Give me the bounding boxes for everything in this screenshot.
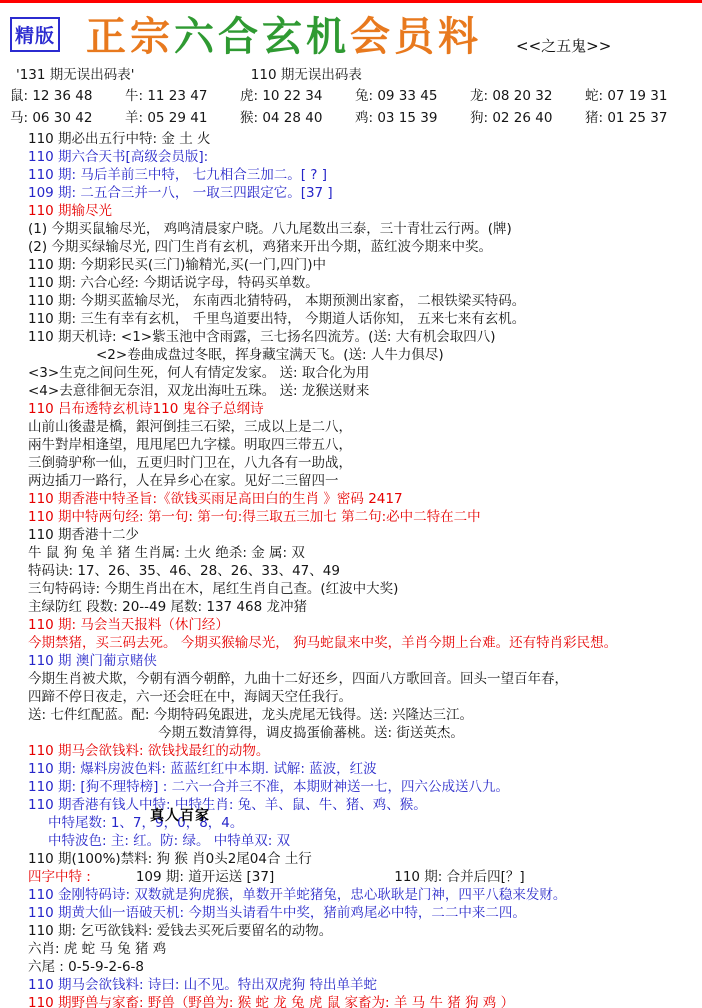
text-line: 110 期: 乞丐欲钱料: 爱钱去买死后要留名的动物。 <box>0 922 702 940</box>
text-line: 两边插刀一路行，人在异乡心在家。见好二三留四一 <box>0 472 702 490</box>
code-table-row: 鼠: 12 36 48牛: 11 23 47虎: 10 22 34兔: 09 3… <box>10 85 702 107</box>
text-segment: 送: 七件红配蓝。配: 今期特码兔跟进，龙头虎尾无钱得。送: 兴隆达三江。 <box>28 707 473 723</box>
text-line: 三倒骑驴称一仙，五更归时门卫在，八九各有一助战， <box>0 454 702 472</box>
text-segment: 三倒骑驴称一仙，五更归时门卫在， <box>28 455 244 471</box>
text-line: 109 期: 二五合三并一八， 一取三四跟定它。[37 ] <box>0 184 702 202</box>
text-segment: 两边插刀一路行，人在异乡心在家。 <box>28 473 244 489</box>
text-line: 六肖: 虎 蛇 马 兔 猪 鸡 <box>0 940 702 958</box>
title-segment: 会员料 <box>350 13 482 60</box>
text-segment: 110 期: 今期买蓝输尽光， 东南西北猜特码， 本期预测出家畜， 二根铁梁买特… <box>28 293 525 309</box>
zodiac-cell: 鸡: 03 15 39 <box>355 107 470 129</box>
watermark-text: 真人百家 <box>150 807 210 825</box>
text-line: 110 期: 马会当天报料（休门经） <box>0 616 702 634</box>
text-line: (2) 今期买绿输尽光, 四门生肖有玄机，鸡猪来开出今期，蓝红波今期来中奖。 <box>0 238 702 256</box>
text-segment: 特码诀: 17、26、35、46、28、26、33、47、49 <box>28 563 340 579</box>
text-segment: 110 鬼谷子总纲诗 <box>153 401 264 417</box>
zodiac-cell: 虎: 10 22 34 <box>240 85 355 107</box>
text-segment: 今期禁猪，买三码去死。 今期买猴输尽光， 狗马蛇鼠来中奖，羊肖今期上台难。还有特… <box>28 635 617 651</box>
text-line: 110 期: 今期买蓝输尽光， 东南西北猜特码， 本期预测出家畜， 二根铁梁买特… <box>0 292 702 310</box>
text-segment: 四蹄不停日夜走，六一还会旺在中，海阔天空任我行。 <box>28 689 352 705</box>
code-table-caption-left: '131 期无误出码表' <box>16 67 134 83</box>
text-line: 主绿防红 段数: 20--49 尾数: 137 468 龙冲猪 <box>0 598 702 616</box>
text-segment: <4>去意徘徊无奈泪，双龙出海吐五珠。 送: 龙猴送财来 <box>28 383 369 399</box>
text-segment: 110 期: 马后羊前三中特， 七九相合三加二。[ ? ] <box>28 167 327 183</box>
text-line: 110 期输尽光 <box>0 202 702 220</box>
text-segment: 110 期: 合并后四[？] <box>394 869 524 885</box>
text-line: 110 期中特两句经: 第一句: 第一句:得三取五三加七 第二句:必中二特在二中 <box>0 508 702 526</box>
text-segment: 牛 鼠 狗 兔 羊 猪 生肖属: 土火 绝杀: 金 属: 双 <box>28 545 305 561</box>
text-segment: 110 期: 马会当天报料（休门经） <box>28 617 229 633</box>
text-line: 兩牛對岸相逢望，甩甩尾巴九字樣。明取四三带五八， <box>0 436 702 454</box>
text-segment: 110 期中特两句经: 第一句: 第一句:得三取五三加七 第二句:必中二特在二中 <box>28 509 481 525</box>
zodiac-cell: 猪: 01 25 37 <box>585 107 700 129</box>
code-table-captions: '131 期无误出码表' 110 期无误出码表 <box>0 65 702 85</box>
text-line: 110 期天机诗: <1>紫玉池中含雨露，三七扬名四流芳。(送: 大有机会取四八… <box>0 328 702 346</box>
text-line: 110 期必出五行中特: 金 土 火 <box>0 130 702 148</box>
zodiac-cell: 牛: 11 23 47 <box>125 85 240 107</box>
text-segment: 110 期: 乞丐欲钱料: 爱钱去买死后要留名的动物。 <box>28 923 332 939</box>
title-segment: 正宗 <box>86 13 174 60</box>
text-line: 今期五数清算得，调皮捣蛋偷蕃桃。送: 街送英杰。 <box>0 724 702 742</box>
text-line: 110 期: 今期彩民买(三门)输精光,买(一门,四门)中 <box>0 256 702 274</box>
text-segment: 110 期: 今期彩民买(三门)输精光,买(一门,四门)中 <box>28 257 326 273</box>
text-segment: 明取四三带五八， <box>244 437 352 453</box>
code-table-caption-right: 110 期无误出码表 <box>251 67 362 83</box>
text-segment: 六尾 : 0-5-9-2-6-8 <box>28 959 144 975</box>
text-line: 110 期马会欲钱料: 诗曰: 山不见。特出双虎狗 特出单羊蛇 <box>0 976 702 994</box>
text-line: 送: 七件红配蓝。配: 今期特码兔跟进，龙头虎尾无钱得。送: 兴隆达三江。 <box>0 706 702 724</box>
code-table-row: 马: 06 30 42羊: 05 29 41猴: 04 28 40鸡: 03 1… <box>10 107 702 129</box>
text-line: 中特波色: 主: 红。防: 绿。 中特单双: 双 <box>0 832 702 850</box>
text-segment: 110 期六合天书[高级会员版]: <box>28 149 208 165</box>
text-segment: 110 期野兽与家畜: 野兽（野兽为: 猴 蛇 龙 兔 虎 鼠 家畜为: 羊 马… <box>28 995 514 1008</box>
text-segment: 110 期香港中特圣旨:《欲钱买雨足高田白的生肖 》密码 2417 <box>28 491 403 507</box>
text-line: 110 期: 三生有幸有玄机， 千里鸟道要出特， 今期道人话你知， 五来七来有玄… <box>0 310 702 328</box>
text-line: 110 期黄大仙一语破天机: 今期当头请看牛中奖，猪前鸡尾必中特，二二中来二四。 <box>0 904 702 922</box>
text-segment: 110 期: [狗不理特榜] : 二六一合并三不准，本期财神送一七，四六公成送八… <box>28 779 509 795</box>
text-line: 110 期六合天书[高级会员版]: <box>0 148 702 166</box>
text-segment: 110 期马会欲钱料: 欲钱找最红的动物。 <box>28 743 269 759</box>
text-segment: 四字中特 : <box>28 869 91 885</box>
text-segment: 今期生肖被犬欺，今朝有酒今朝醉，九曲十二好还乡，四面八方歌回音。回头一望百年春， <box>28 671 568 687</box>
zodiac-cell: 猴: 04 28 40 <box>240 107 355 129</box>
text-line: 六尾 : 0-5-9-2-6-8 <box>0 958 702 976</box>
text-line: 110 期香港十二少 <box>0 526 702 544</box>
text-segment: 110 期必出五行中特: 金 土 火 <box>28 131 210 147</box>
text-segment: 见好二三留四一 <box>244 473 339 489</box>
text-line: 今期禁猪，买三码去死。 今期买猴输尽光， 狗马蛇鼠来中奖，羊肖今期上台难。还有特… <box>0 634 702 652</box>
text-line: 110 期 澳门葡京赌侠 <box>0 652 702 670</box>
text-segment: 109 期: 道开运送 [37] <box>136 869 274 885</box>
text-segment: 110 期天机诗: <1>紫玉池中含雨露，三七扬名四流芳。(送: 大有机会取四八… <box>28 329 495 345</box>
text-segment: 110 期香港有钱人中特: 中特生肖: 兔、羊、鼠、牛、猪、鸡、猴。 <box>28 797 427 813</box>
zodiac-cell: 龙: 08 20 32 <box>470 85 585 107</box>
text-segment: 110 吕布透特玄机诗 <box>28 401 153 417</box>
text-line: 四蹄不停日夜走，六一还会旺在中，海阔天空任我行。 <box>0 688 702 706</box>
text-segment: (1) 今期买鼠输尽光， 鸡鸣清晨家户晓。八九尾数出三泰，三十青壮云行两。(牌) <box>28 221 512 237</box>
text-segment: 今期五数清算得，调皮捣蛋偷蕃桃。送: 街送英杰。 <box>158 725 464 741</box>
text-segment: 110 期(100%)禁料: 狗 猴 肖0头2尾04合 土行 <box>28 851 312 867</box>
text-segment: 110 期马会欲钱料: 诗曰: 山不见。特出双虎狗 特出单羊蛇 <box>28 977 377 993</box>
text-segment: 六肖: 虎 蛇 马 兔 猪 鸡 <box>28 941 166 957</box>
text-segment: 三句特码诗: 今期生肖出在木，尾红生肖自己查。(红波中大奖) <box>28 581 398 597</box>
text-segment: 110 期: 六合心经: 今期话说字母，特码买单数。 <box>28 275 319 291</box>
page-title: 正宗六合玄机会员料 <box>86 5 482 62</box>
text-segment: 中特尾数: 1、7，9，0，8，4。 <box>48 815 243 831</box>
text-line: 110 期: 马后羊前三中特， 七九相合三加二。[ ? ] <box>0 166 702 184</box>
text-segment: 主绿防红 段数: 20--49 尾数: 137 468 龙冲猪 <box>28 599 307 615</box>
text-line: 中特尾数: 1、7，9，0，8，4。真人百家 <box>0 814 702 832</box>
text-line: 110 金刚特码诗: 双数就是狗虎猴，单数开羊蛇猪兔，忠心耿耿是门神，四平八稳来… <box>0 886 702 904</box>
text-segment: 中特波色: 主: 红。防: 绿。 中特单双: 双 <box>48 833 290 849</box>
text-segment: 山前山後盡是橋，銀河倒挂三石梁， <box>28 419 244 435</box>
text-segment: 110 金刚特码诗: 双数就是狗虎猴，单数开羊蛇猪兔，忠心耿耿是门神，四平八稳来… <box>28 887 566 903</box>
text-segment: <3>生克之间问生死，何人有情定发家。 送: 取合化为用 <box>28 365 369 381</box>
text-line: 110 期: [狗不理特榜] : 二六一合并三不准，本期财神送一七，四六公成送八… <box>0 778 702 796</box>
text-segment: 110 期黄大仙一语破天机: 今期当头请看牛中奖，猪前鸡尾必中特，二二中来二四。 <box>28 905 526 921</box>
text-line: <3>生克之间问生死，何人有情定发家。 送: 取合化为用 <box>0 364 702 382</box>
text-line: (1) 今期买鼠输尽光， 鸡鸣清晨家户晓。八九尾数出三泰，三十青壮云行两。(牌) <box>0 220 702 238</box>
zodiac-cell: 狗: 02 26 40 <box>470 107 585 129</box>
text-line: 110 期马会欲钱料: 欲钱找最红的动物。 <box>0 742 702 760</box>
text-segment: (2) 今期买绿输尽光, 四门生肖有玄机，鸡猪来开出今期，蓝红波今期来中奖。 <box>28 239 492 255</box>
text-line: 110 期野兽与家畜: 野兽（野兽为: 猴 蛇 龙 兔 虎 鼠 家畜为: 羊 马… <box>0 994 702 1008</box>
edition-label: <<之五鬼>> <box>516 35 611 56</box>
zodiac-cell: 蛇: 07 19 31 <box>585 85 700 107</box>
page-header: 精版 正宗六合玄机会员料 <<之五鬼>> <box>0 3 702 65</box>
title-segment: 六合玄机 <box>174 13 350 60</box>
text-line: 110 期: 六合心经: 今期话说字母，特码买单数。 <box>0 274 702 292</box>
text-segment: 110 期: 爆料房波色料: 蓝蓝红红中本期. 试解: 蓝波，红波 <box>28 761 377 777</box>
text-line: 四字中特 :109 期: 道开运送 [37]110 期: 合并后四[？] <box>0 868 702 886</box>
zodiac-cell: 鼠: 12 36 48 <box>10 85 125 107</box>
text-segment: 110 期 澳门葡京赌侠 <box>28 653 157 669</box>
zodiac-cell: 羊: 05 29 41 <box>125 107 240 129</box>
text-segment: 兩牛對岸相逢望，甩甩尾巴九字樣。 <box>28 437 244 453</box>
text-line: 110 吕布透特玄机诗110 鬼谷子总纲诗 <box>0 400 702 418</box>
zodiac-cell: 兔: 09 33 45 <box>355 85 470 107</box>
text-segment: 109 期: 二五合三并一八， 一取三四跟定它。[37 ] <box>28 185 333 201</box>
text-line: 今期生肖被犬欺，今朝有酒今朝醉，九曲十二好还乡，四面八方歌回音。回头一望百年春， <box>0 670 702 688</box>
page: 精版 正宗六合玄机会员料 <<之五鬼>> '131 期无误出码表' 110 期无… <box>0 0 702 1008</box>
text-line: <4>去意徘徊无奈泪，双龙出海吐五珠。 送: 龙猴送财来 <box>0 382 702 400</box>
text-segment: 110 期输尽光 <box>28 203 112 219</box>
text-line: <2>卷曲成盘过冬眠，挥身藏宝满天飞。(送: 人牛力俱尽) <box>0 346 702 364</box>
text-line: 三句特码诗: 今期生肖出在木，尾红生肖自己查。(红波中大奖) <box>0 580 702 598</box>
text-segment: 110 期香港十二少 <box>28 527 139 543</box>
text-line: 110 期: 爆料房波色料: 蓝蓝红红中本期. 试解: 蓝波，红波 <box>0 760 702 778</box>
text-line: 110 期香港中特圣旨:《欲钱买雨足高田白的生肖 》密码 2417 <box>0 490 702 508</box>
text-line: 牛 鼠 狗 兔 羊 猪 生肖属: 土火 绝杀: 金 属: 双 <box>0 544 702 562</box>
text-segment: 三成以上是二八， <box>244 419 352 435</box>
quality-badge: 精版 <box>10 17 60 52</box>
text-segment: 八九各有一助战， <box>244 455 352 471</box>
text-line: 山前山後盡是橋，銀河倒挂三石梁，三成以上是二八， <box>0 418 702 436</box>
text-segment: <2>卷曲成盘过冬眠，挥身藏宝满天飞。(送: 人牛力俱尽) <box>96 347 444 363</box>
code-table: 鼠: 12 36 48牛: 11 23 47虎: 10 22 34兔: 09 3… <box>0 85 702 129</box>
text-line: 110 期(100%)禁料: 狗 猴 肖0头2尾04合 土行 <box>0 850 702 868</box>
zodiac-cell: 马: 06 30 42 <box>10 107 125 129</box>
text-line: 110 期香港有钱人中特: 中特生肖: 兔、羊、鼠、牛、猪、鸡、猴。 <box>0 796 702 814</box>
text-segment: 110 期: 三生有幸有玄机， 千里鸟道要出特， 今期道人话你知， 五来七来有玄… <box>28 311 525 327</box>
text-lines: 110 期必出五行中特: 金 土 火110 期六合天书[高级会员版]:110 期… <box>0 129 702 1008</box>
text-line: 特码诀: 17、26、35、46、28、26、33、47、49 <box>0 562 702 580</box>
